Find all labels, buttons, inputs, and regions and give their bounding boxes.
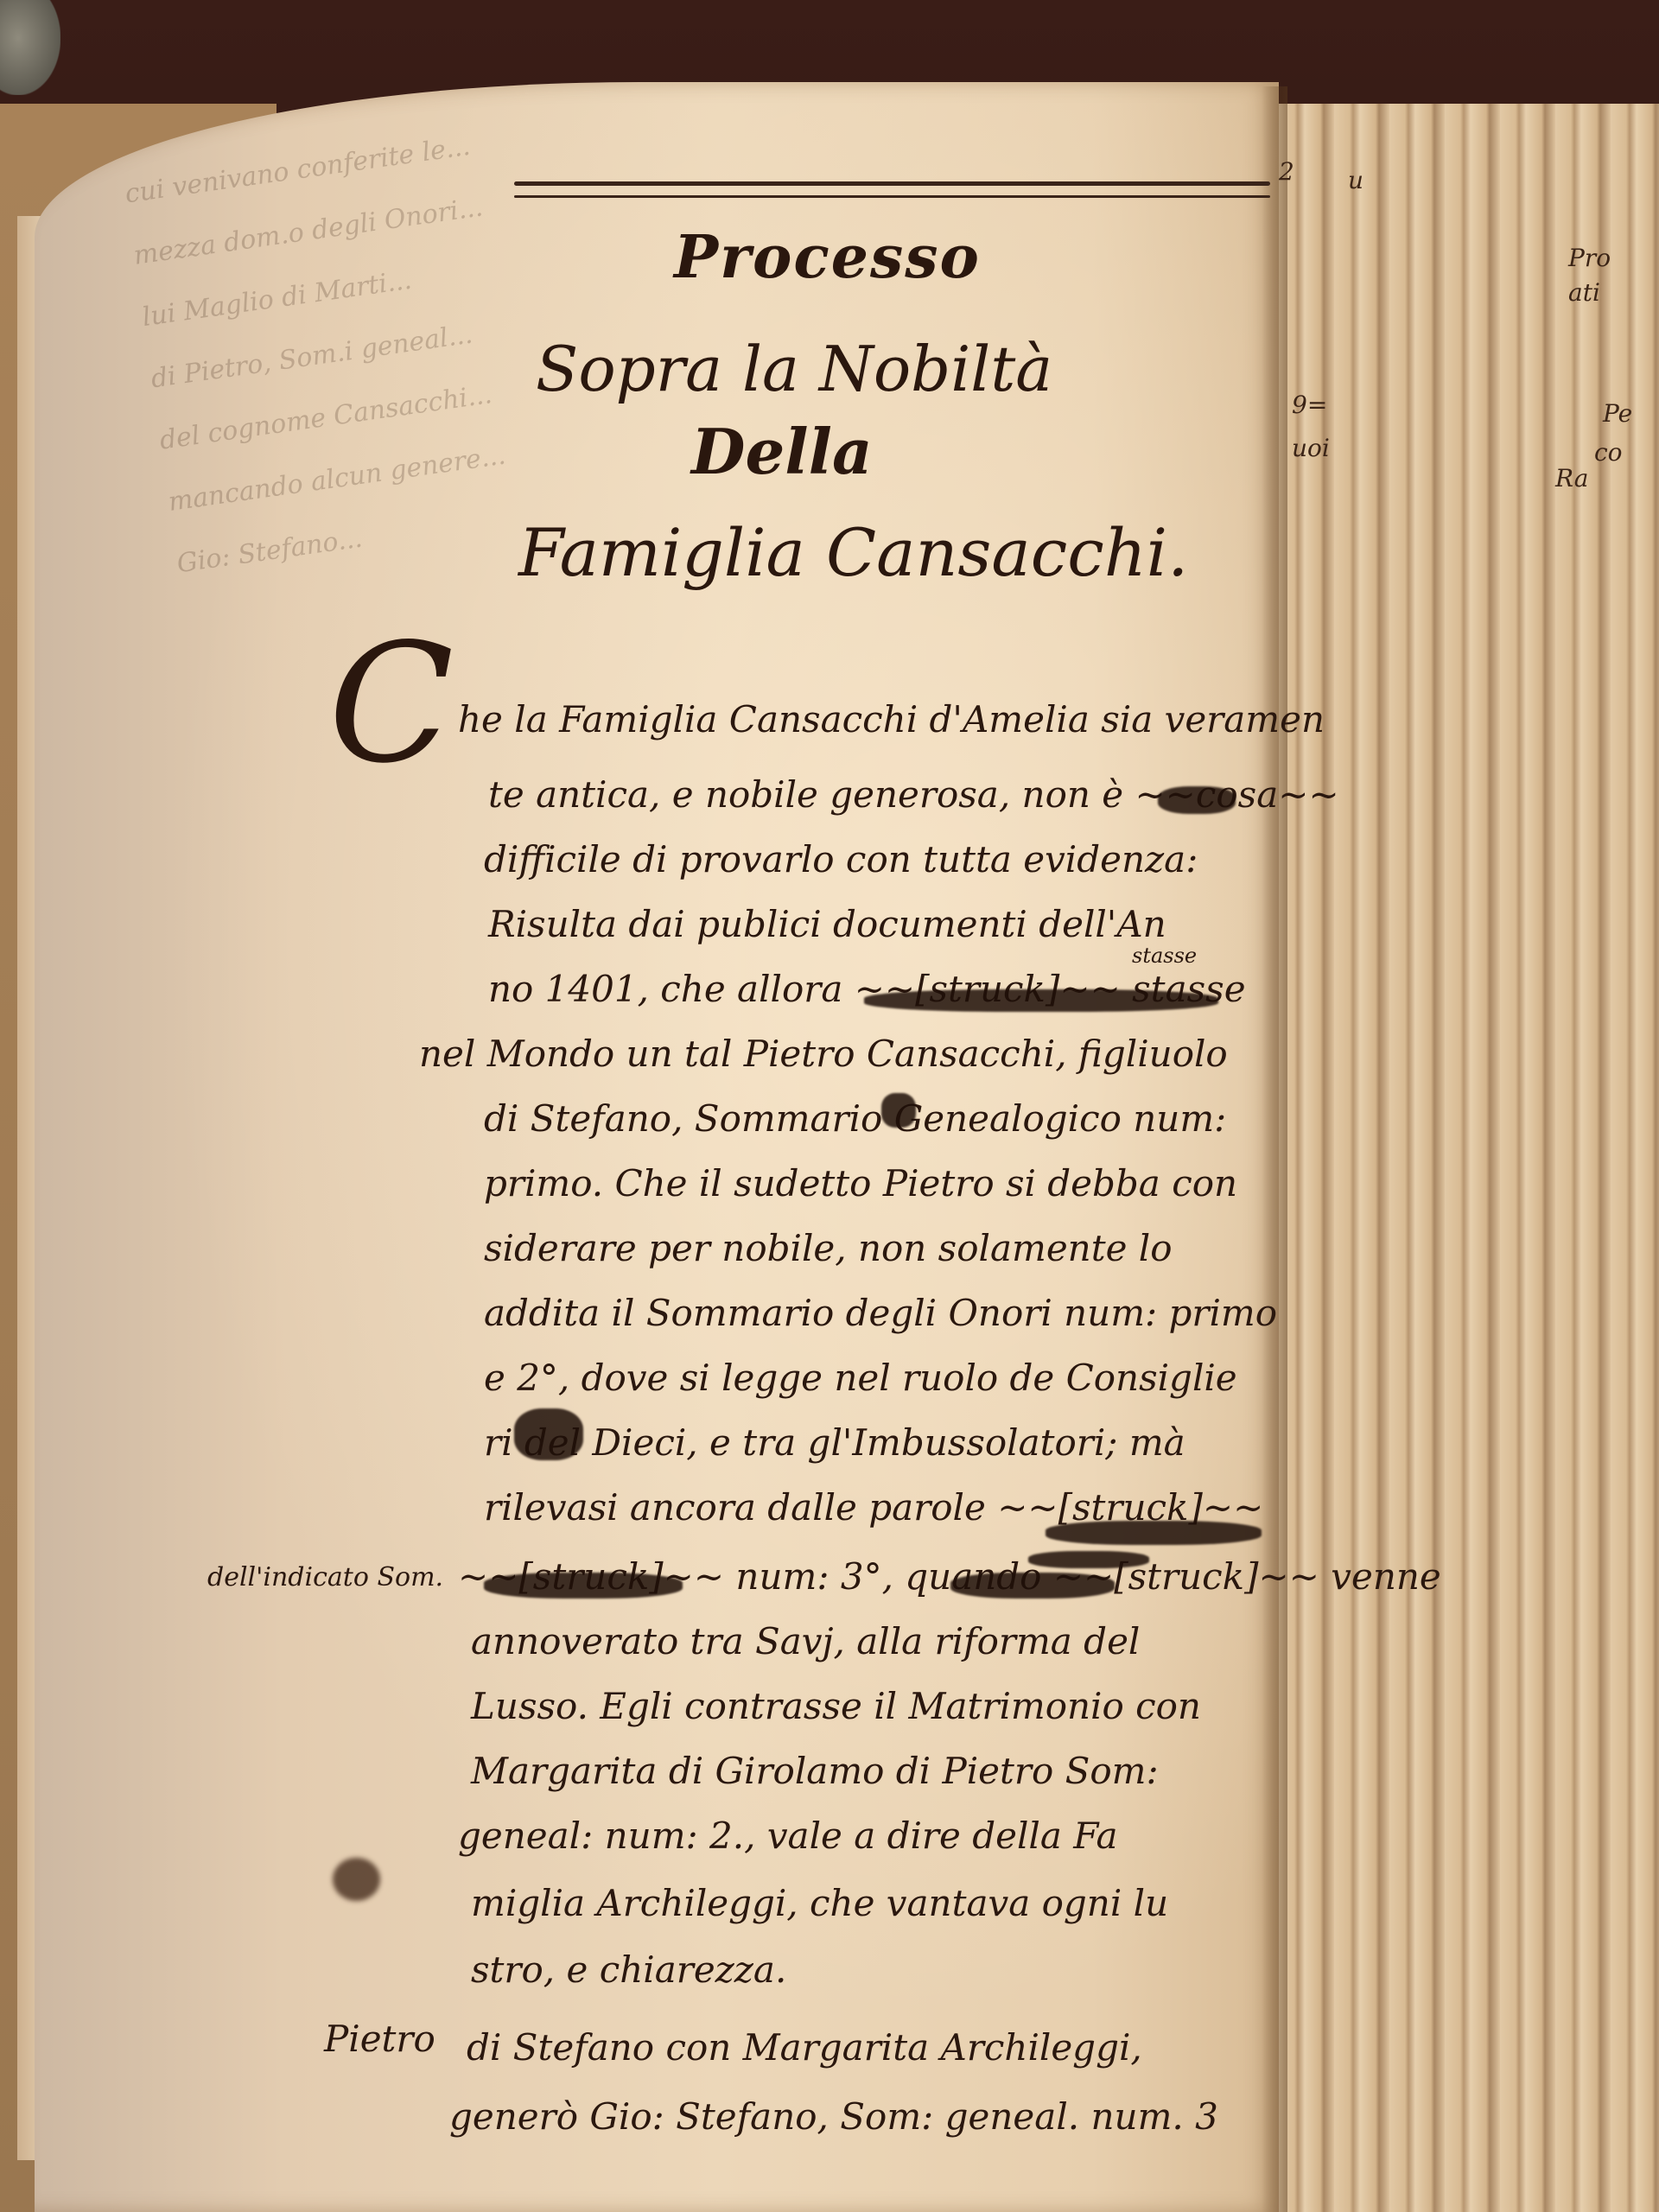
body-line: miglia Archileggi, che vantava ogni lu [471,1882,1168,1924]
body-line: generò Gio: Stefano, Som: geneal. num. 3 [449,2095,1218,2138]
stacked-page-edges [1279,104,1659,2212]
edge-scribble: uoi [1292,436,1330,461]
interlinear-insertion: stasse [1132,944,1197,968]
strikethrough-blot [514,1408,583,1460]
title-rule-top [514,181,1270,186]
edge-scribble: Pe [1603,402,1632,426]
body-line: Risulta dai publici documenti dell'An [488,903,1166,945]
body-line: di Stefano con Margarita Archileggi, [467,2026,1142,2069]
edge-scribble: Ra [1555,467,1588,491]
title-sopra-la-nobilta: Sopra la Nobiltà [536,333,1052,405]
binding-cord [0,0,60,95]
edge-scribble: 9= [1292,393,1327,417]
margin-note: dell'indicato Som. [207,1562,443,1592]
body-line: Margarita di Girolamo di Pietro Som: [471,1750,1159,1792]
body-line: stro, e chiarezza. [471,1948,786,1991]
title-processo: Processo [674,223,981,292]
strikethrough-blot [950,1573,1115,1599]
body-line: Lusso. Egli contrasse il Matrimonio con [471,1685,1201,1727]
body-line: e 2°, dove si legge nel ruolo de Consigl… [484,1357,1237,1399]
body-line: addita il Sommario degli Onori num: prim… [484,1292,1277,1334]
strikethrough-blot [864,989,1218,1012]
body-line: ri del Dieci, e tra gl'Imbussolatori; mà [484,1421,1185,1464]
ink-blot [881,1093,916,1128]
decorated-initial: C [328,622,454,786]
edge-scribble: 2 [1279,160,1294,184]
strikethrough-blot [484,1573,683,1599]
body-line: di Stefano, Sommario Genealogico num: [484,1097,1226,1140]
title-rule-bottom [514,195,1270,198]
edge-scribble: ati [1568,281,1600,305]
strikethrough-blot [1158,786,1236,814]
body-line: annoverato tra Savj, alla riforma del [471,1620,1140,1662]
body-line: siderare per nobile, non solamente lo [484,1227,1173,1269]
strikethrough-blot [1028,1551,1149,1568]
strikethrough-blot [1046,1521,1262,1545]
title-famiglia-cansacchi: Famiglia Cansacchi. [518,514,1188,591]
body-line: primo. Che il sudetto Pietro si debba co… [484,1162,1237,1205]
body-line: nel Mondo un tal Pietro Cansacchi, figli… [419,1033,1228,1075]
body-line: difficile di provarlo con tutta evidenza… [484,838,1198,880]
body-line: geneal: num: 2., vale a dire della Fa [458,1815,1118,1857]
body-line: he la Famiglia Cansacchi d'Amelia sia ve… [458,698,1325,741]
edge-scribble: Pro [1568,246,1611,270]
title-della: Della [691,415,873,488]
margin-note: Pietro [324,2018,435,2060]
edge-scribble: co [1594,441,1623,465]
ink-stain [333,1858,380,1901]
page-fold-shadow [1262,86,1287,2212]
edge-scribble: u [1348,168,1363,193]
